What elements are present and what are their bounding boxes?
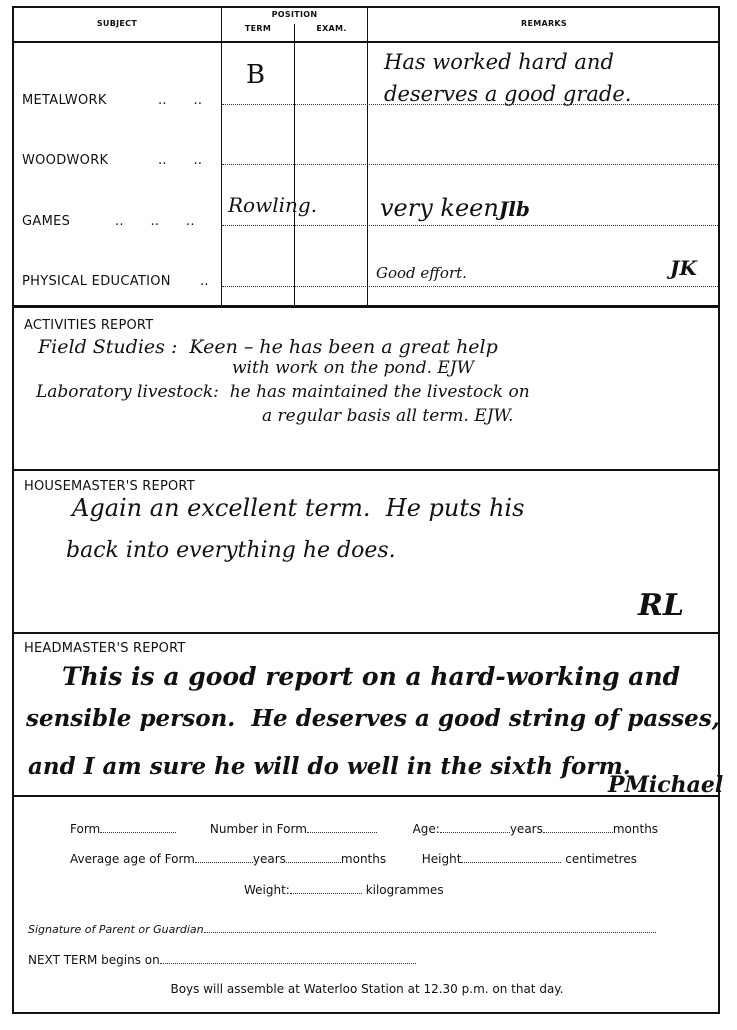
activities-line-2: with work on the pond. EJW bbox=[232, 358, 474, 378]
activities-line-3: Laboratory livestock: he has maintained … bbox=[36, 382, 530, 402]
activities-title: ACTIVITIES REPORT bbox=[24, 318, 153, 333]
header-remarks: REMARKS bbox=[368, 19, 720, 28]
subject-woodwork: WOODWORK bbox=[22, 153, 108, 168]
next-term-row: NEXT TERM begins on bbox=[28, 953, 416, 967]
header-subject: SUBJECT bbox=[14, 19, 220, 28]
height-label: Height bbox=[422, 852, 462, 866]
row-line-pe bbox=[222, 286, 718, 287]
subject-metalwork: METALWORK bbox=[22, 93, 107, 108]
housemaster-signature: RL bbox=[638, 588, 684, 623]
average-age-months-field[interactable] bbox=[286, 852, 341, 863]
form-details-row-1: Form Number in Form Age:yearsmonths bbox=[70, 822, 658, 836]
term-grade-metalwork: B bbox=[246, 60, 265, 90]
header-divider bbox=[12, 41, 720, 43]
years-label: years bbox=[510, 822, 543, 836]
activities-line-4: a regular basis all term. EJW. bbox=[262, 406, 513, 426]
teacher-initials-pe: JK bbox=[670, 256, 697, 280]
header-exam: EXAM. bbox=[296, 24, 367, 33]
number-in-form-label: Number in Form bbox=[210, 822, 307, 836]
weight-field[interactable] bbox=[290, 883, 362, 894]
months-label: months bbox=[613, 822, 658, 836]
headmaster-line-2: sensible person. He deserves a good stri… bbox=[26, 705, 720, 732]
assembly-note: Boys will assemble at Waterloo Station a… bbox=[14, 982, 720, 996]
leader-dots: .. .. bbox=[158, 93, 202, 108]
kilogrammes-label: kilogrammes bbox=[366, 883, 444, 897]
remarks-pe: Good effort. bbox=[376, 264, 467, 282]
age-label: Age: bbox=[413, 822, 440, 836]
subject-physical-education: PHYSICAL EDUCATION bbox=[22, 274, 171, 289]
position-remarks-divider bbox=[367, 6, 368, 306]
parent-signature-row: Signature of Parent or Guardian bbox=[28, 922, 656, 936]
remarks-metalwork: Has worked hard and deserves a good grad… bbox=[384, 46, 684, 110]
parent-signature-field[interactable] bbox=[204, 922, 656, 933]
headmaster-line-3: and I am sure he will do well in the six… bbox=[28, 753, 631, 780]
headmaster-line-1: This is a good report on a hard-working … bbox=[62, 662, 680, 691]
form-field[interactable] bbox=[100, 822, 176, 833]
weight-label: Weight: bbox=[244, 883, 290, 897]
headmaster-title: HEADMASTER'S REPORT bbox=[24, 641, 186, 656]
number-in-form-field[interactable] bbox=[307, 822, 377, 833]
next-term-field[interactable] bbox=[160, 953, 416, 964]
housemaster-bottom-border bbox=[12, 632, 720, 634]
leader-dots: .. bbox=[200, 274, 209, 289]
months-label: months bbox=[341, 852, 386, 866]
average-age-label: Average age of Form bbox=[70, 852, 195, 866]
leader-dots: .. .. .. bbox=[115, 214, 195, 229]
leader-dots: .. .. bbox=[158, 153, 202, 168]
form-details-row-3: Weight: kilogrammes bbox=[244, 883, 444, 897]
next-term-label: NEXT TERM begins on bbox=[28, 953, 160, 967]
subject-games: GAMES bbox=[22, 214, 70, 229]
activities-line-1: Field Studies : Keen – he has been a gre… bbox=[38, 336, 498, 358]
form-label: Form bbox=[70, 822, 100, 836]
activities-bottom-border bbox=[12, 469, 720, 471]
centimetres-label: centimetres bbox=[565, 852, 637, 866]
row-line-games bbox=[222, 225, 718, 226]
subject-column-divider bbox=[221, 6, 222, 306]
header-position: POSITION bbox=[222, 10, 367, 19]
row-line-woodwork bbox=[222, 164, 718, 165]
height-field[interactable] bbox=[461, 852, 561, 863]
years-label: years bbox=[253, 852, 286, 866]
teacher-initials: Jlb bbox=[499, 197, 530, 221]
housemaster-line-1: Again an excellent term. He puts his bbox=[72, 494, 524, 522]
average-age-years-field[interactable] bbox=[195, 852, 253, 863]
header-term: TERM bbox=[222, 24, 294, 33]
remarks-games: very keenJlb bbox=[380, 194, 530, 222]
form-details-row-2: Average age of Formyearsmonths Height ce… bbox=[70, 852, 637, 866]
age-months-field[interactable] bbox=[543, 822, 613, 833]
table-bottom-border bbox=[12, 305, 720, 308]
headmaster-bottom-border bbox=[12, 795, 720, 797]
housemaster-line-2: back into everything he does. bbox=[66, 538, 396, 563]
housemaster-title: HOUSEMASTER'S REPORT bbox=[24, 479, 195, 494]
term-exam-divider bbox=[294, 24, 295, 306]
age-years-field[interactable] bbox=[440, 822, 510, 833]
term-games: Rowling. bbox=[228, 193, 317, 217]
parent-signature-label: Signature of Parent or Guardian bbox=[28, 923, 204, 936]
